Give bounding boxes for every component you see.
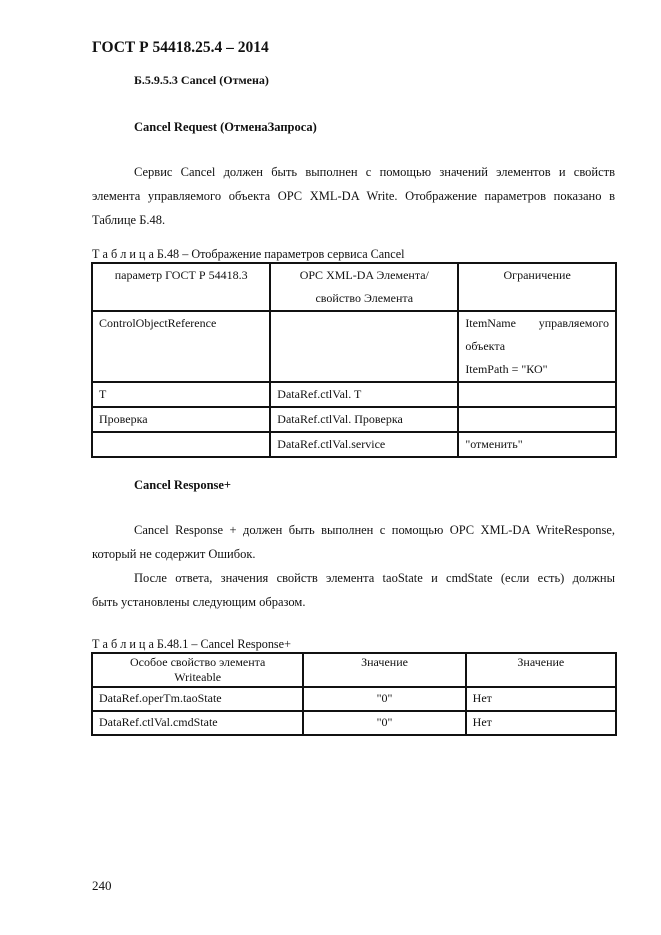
response-paragraph-2: После ответа, значения свойств элемента …	[92, 566, 615, 614]
header-cell: параметр ГОСТ Р 54418.3	[92, 263, 270, 311]
table-cell: ControlObjectReference	[92, 311, 270, 382]
header-cell: Значение	[466, 653, 616, 687]
table-cell	[458, 382, 616, 407]
header-cell: Значение	[303, 653, 465, 687]
header-cell: Особое свойство элемента Writeable	[92, 653, 303, 687]
table-header-row: Особое свойство элемента Writeable Значе…	[92, 653, 616, 687]
table-cell: "отменить"	[458, 432, 616, 457]
header-label: Writeable	[174, 670, 221, 684]
table-cell: "0"	[303, 711, 465, 735]
table1-caption: Т а б л и ц а Б.48 – Отображение парамет…	[92, 247, 404, 262]
paragraph-line: Сервис Cancel должен быть выполнен с пом…	[92, 160, 615, 184]
header-label: параметр ГОСТ Р 54418.3	[115, 268, 248, 282]
table2-caption: Т а б л и ц а Б.48.1 – Cancel Response+	[92, 637, 291, 652]
cell-text: объекта	[465, 335, 609, 358]
cell-text: ItemName	[465, 312, 516, 335]
cell-text: ItemPath = "КО"	[465, 358, 609, 381]
header-cell: OPC XML-DA Элемента/ свойство Элемента	[270, 263, 458, 311]
table-cell: Проверка	[92, 407, 270, 432]
request-heading: Cancel Request (ОтменаЗапроса)	[134, 120, 317, 135]
header-label: свойство Элемента	[315, 291, 413, 305]
response-paragraph-1: Cancel Response + должен быть выполнен с…	[92, 518, 615, 566]
table-cell: DataRef.ctlVal.service	[270, 432, 458, 457]
table-header-row: параметр ГОСТ Р 54418.3 OPC XML-DA Элеме…	[92, 263, 616, 311]
table-cell: "0"	[303, 687, 465, 711]
table-row: DataRef.ctlVal.cmdState "0" Нет	[92, 711, 616, 735]
table-cell: Нет	[466, 687, 616, 711]
table-cell: DataRef.operTm.taoState	[92, 687, 303, 711]
paragraph-line: элемента управляемого объекта OPC XML-DA…	[92, 184, 615, 208]
table-row: DataRef.operTm.taoState "0" Нет	[92, 687, 616, 711]
header-label: OPC XML-DA Элемента/	[300, 268, 429, 282]
paragraph-line: который не содержит Ошибок.	[92, 542, 615, 566]
response-heading: Cancel Response+	[134, 478, 231, 493]
paragraph-line: Cancel Response + должен быть выполнен с…	[92, 518, 615, 542]
paragraph-line: Таблице Б.48.	[92, 208, 615, 232]
request-paragraph: Сервис Cancel должен быть выполнен с пом…	[92, 160, 615, 232]
cell-text: управляемого	[539, 312, 609, 335]
table-row: ControlObjectReference ItemNameуправляем…	[92, 311, 616, 382]
header-label: Значение	[517, 655, 564, 669]
header-label: Особое свойство элемента	[130, 655, 265, 669]
response-table: Особое свойство элемента Writeable Значе…	[91, 652, 617, 736]
table-cell: ItemNameуправляемого объекта ItemPath = …	[458, 311, 616, 382]
table-cell	[92, 432, 270, 457]
page-number: 240	[92, 878, 112, 894]
header-label: Ограничение	[504, 268, 571, 282]
parameters-table: параметр ГОСТ Р 54418.3 OPC XML-DA Элеме…	[91, 262, 617, 458]
table-cell	[270, 311, 458, 382]
table-row: Проверка DataRef.ctlVal. Проверка	[92, 407, 616, 432]
table-row: T DataRef.ctlVal. T	[92, 382, 616, 407]
table-cell: DataRef.ctlVal. T	[270, 382, 458, 407]
table-cell: DataRef.ctlVal. Проверка	[270, 407, 458, 432]
section-heading: Б.5.9.5.3 Cancel (Отмена)	[134, 73, 269, 88]
table-cell	[458, 407, 616, 432]
table-cell: T	[92, 382, 270, 407]
table-row: DataRef.ctlVal.service "отменить"	[92, 432, 616, 457]
header-label: Значение	[361, 655, 408, 669]
header-cell: Ограничение	[458, 263, 616, 311]
paragraph-line: После ответа, значения свойств элемента …	[92, 566, 615, 590]
table-cell: DataRef.ctlVal.cmdState	[92, 711, 303, 735]
paragraph-line: быть установлены следующим образом.	[92, 590, 615, 614]
table-cell: Нет	[466, 711, 616, 735]
document-title: ГОСТ Р 54418.25.4 – 2014	[92, 39, 269, 57]
